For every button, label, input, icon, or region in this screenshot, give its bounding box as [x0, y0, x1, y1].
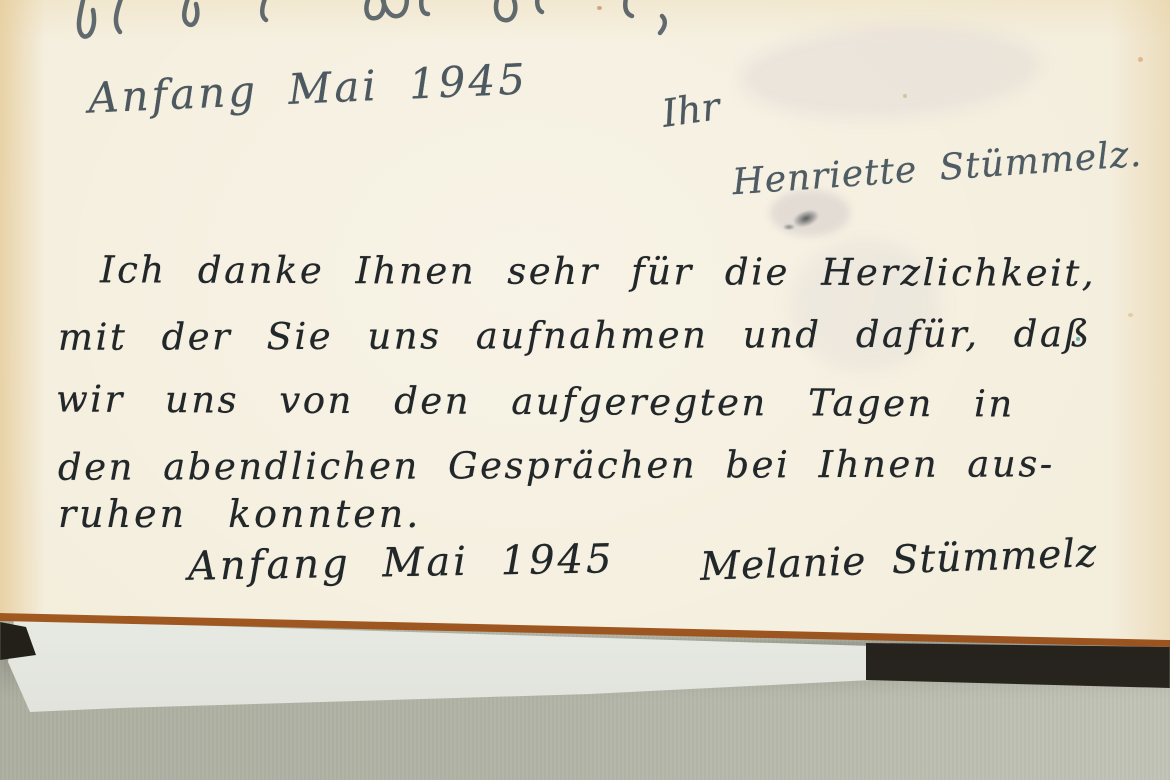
entry-main-line-3: wir uns von den aufgeregten Tagen in — [56, 377, 1015, 425]
entry-main-signature: Melanie Stümmelz — [699, 531, 1098, 590]
cropped-handwriting-line — [70, 0, 680, 50]
entry-top-closing: Ihr — [659, 84, 722, 136]
entry-main-line-2: mit der Sie uns aufnahmen und dafür, daß — [58, 312, 1092, 359]
entry-main-line-4: den abendlichen Gesprächen bei Ihnen aus… — [58, 442, 1055, 488]
guestbook-page-photo: Anfang Mai 1945 Ihr Henriette Stümmelz. … — [0, 0, 1170, 780]
paper-speck — [1128, 313, 1133, 317]
ink-bleedthrough-smudge — [738, 18, 1042, 126]
entry-main-line-5: ruhen konnten. — [58, 492, 421, 536]
entry-top-date: Anfang Mai 1945 — [87, 54, 529, 122]
entry-top-signature: Henriette Stümmelz. — [731, 134, 1143, 204]
ink-smudge — [791, 207, 821, 230]
entry-main-line-1: Ich danke Ihnen sehr für die Herzlichkei… — [100, 248, 1096, 294]
paper-speck — [903, 94, 907, 98]
ink-smudge — [783, 224, 795, 230]
entry-main-date: Anfang Mai 1945 — [188, 536, 615, 589]
paper-speck — [1138, 57, 1143, 62]
